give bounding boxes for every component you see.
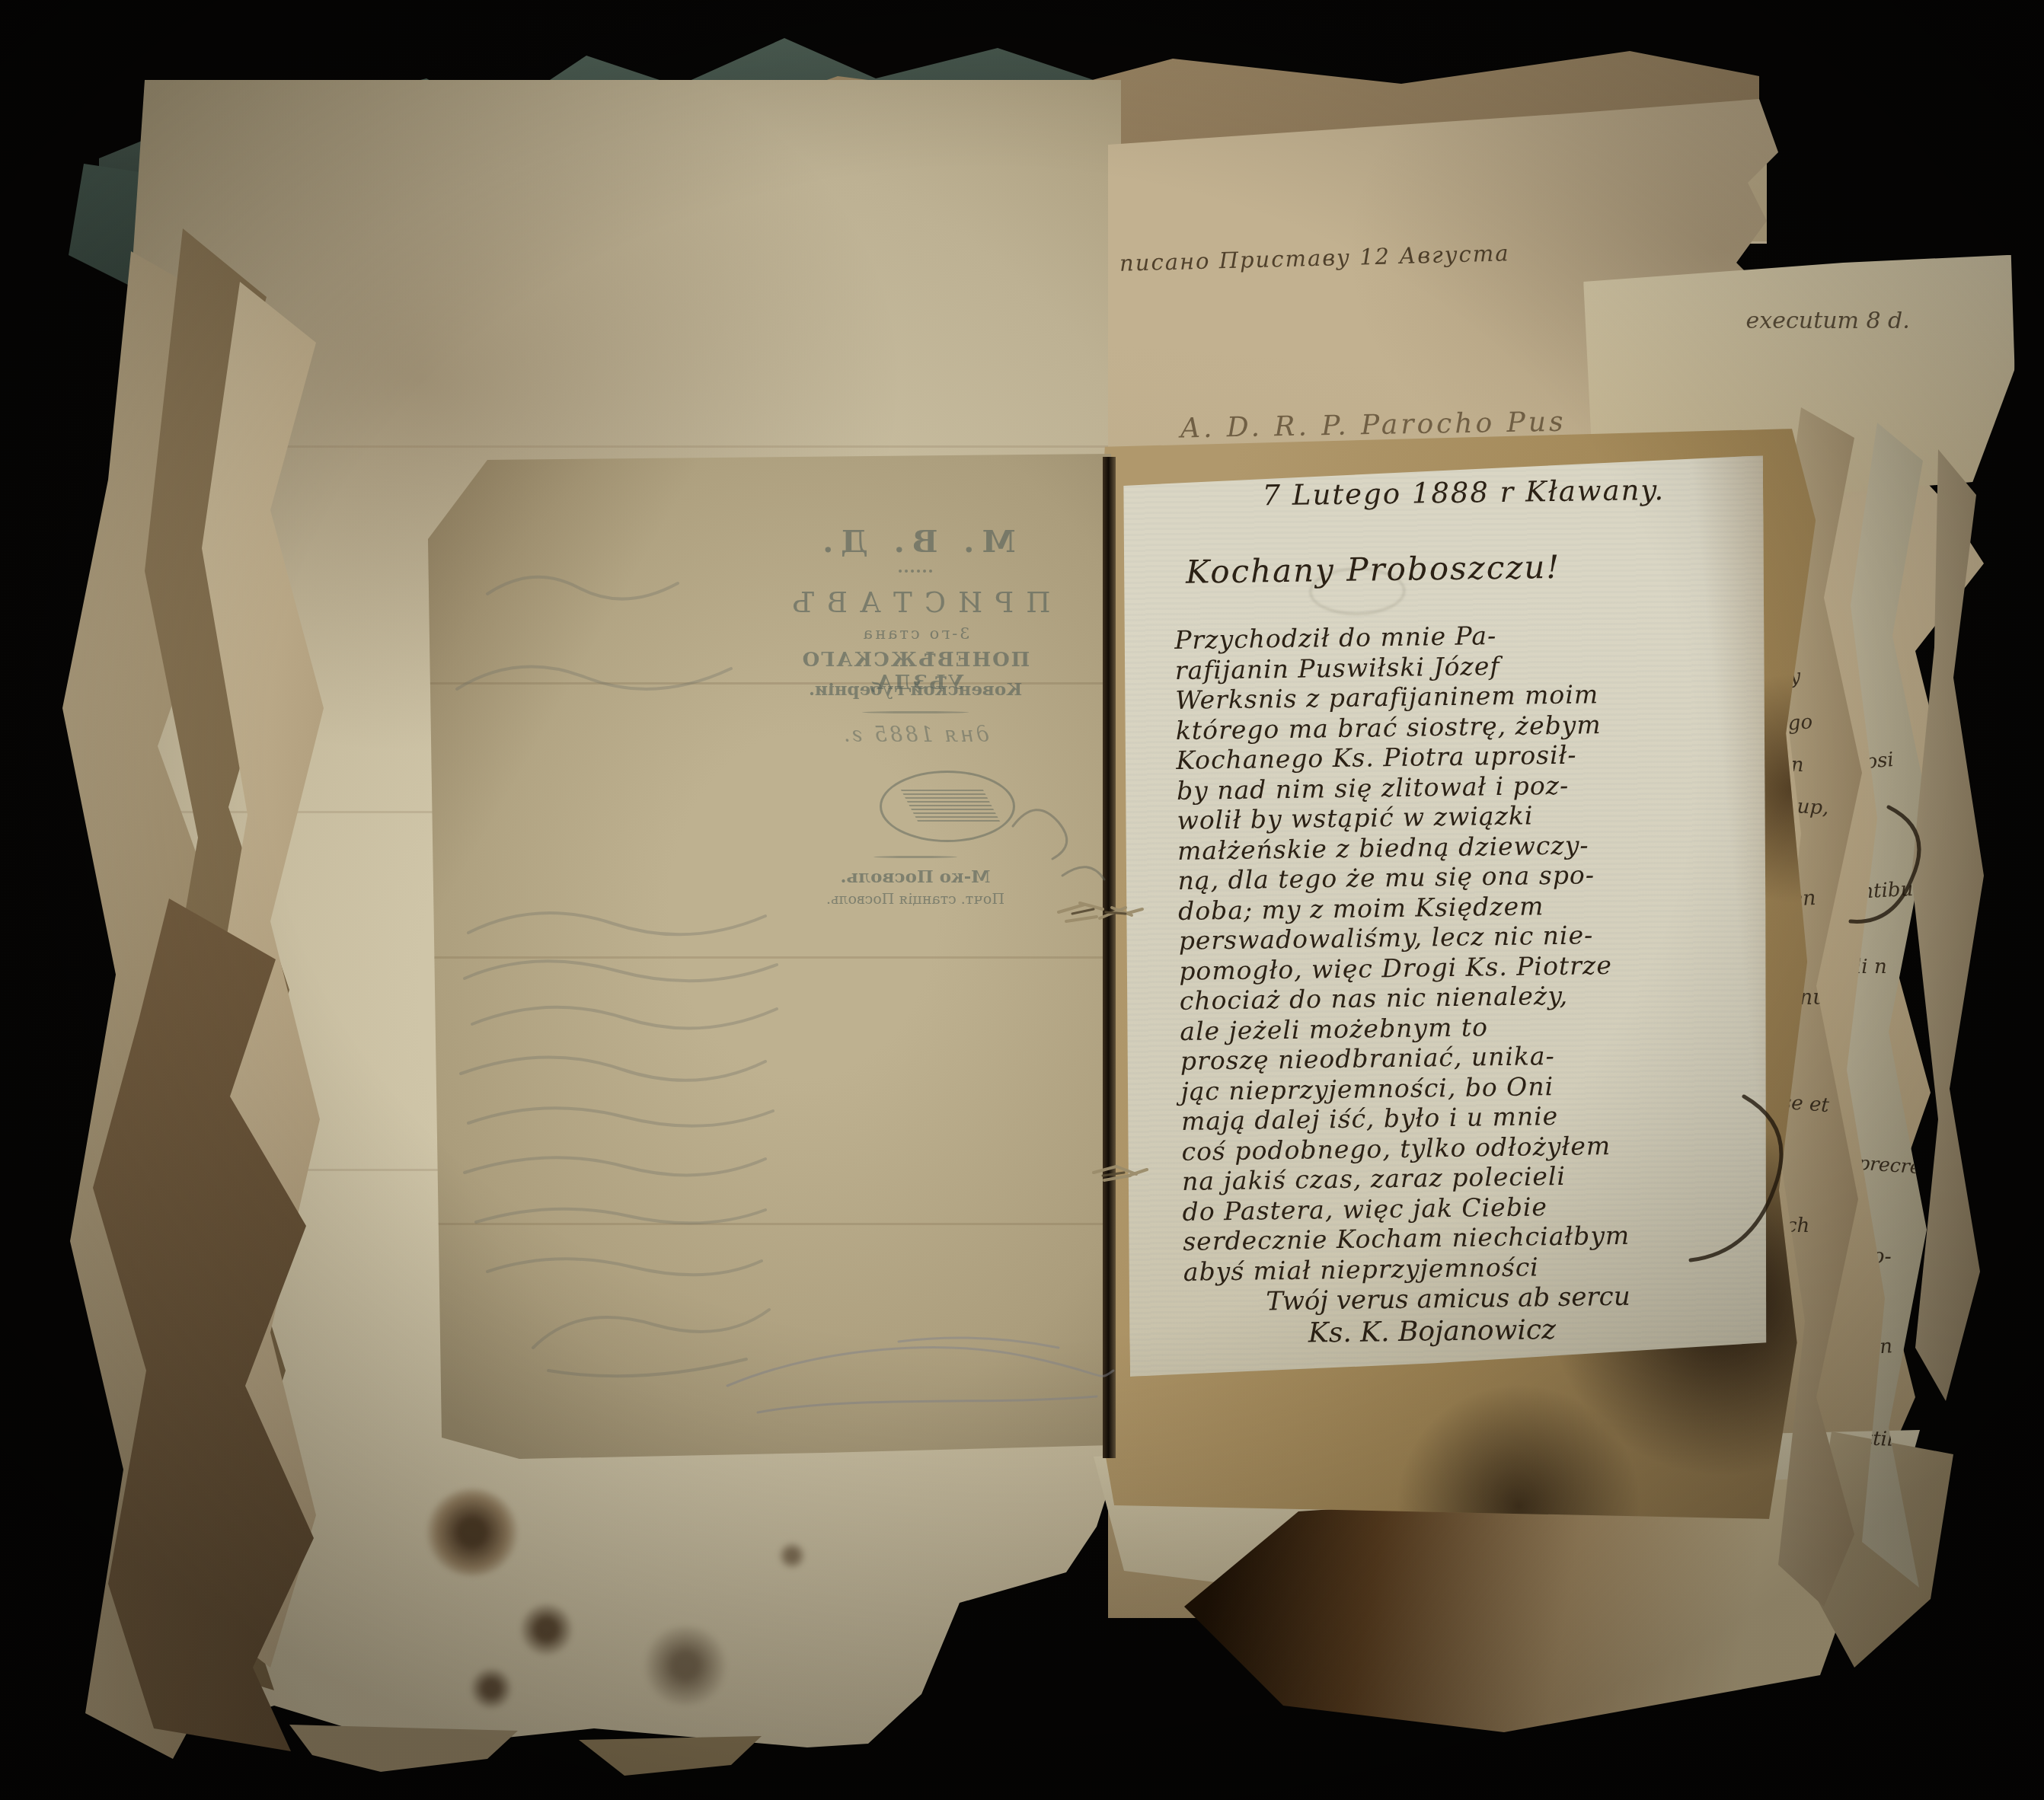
handwriting-overlay	[0, 0, 2044, 1800]
archival-photo: писано Приставу 12 Августа A. D. R. P. P…	[0, 0, 2044, 1800]
